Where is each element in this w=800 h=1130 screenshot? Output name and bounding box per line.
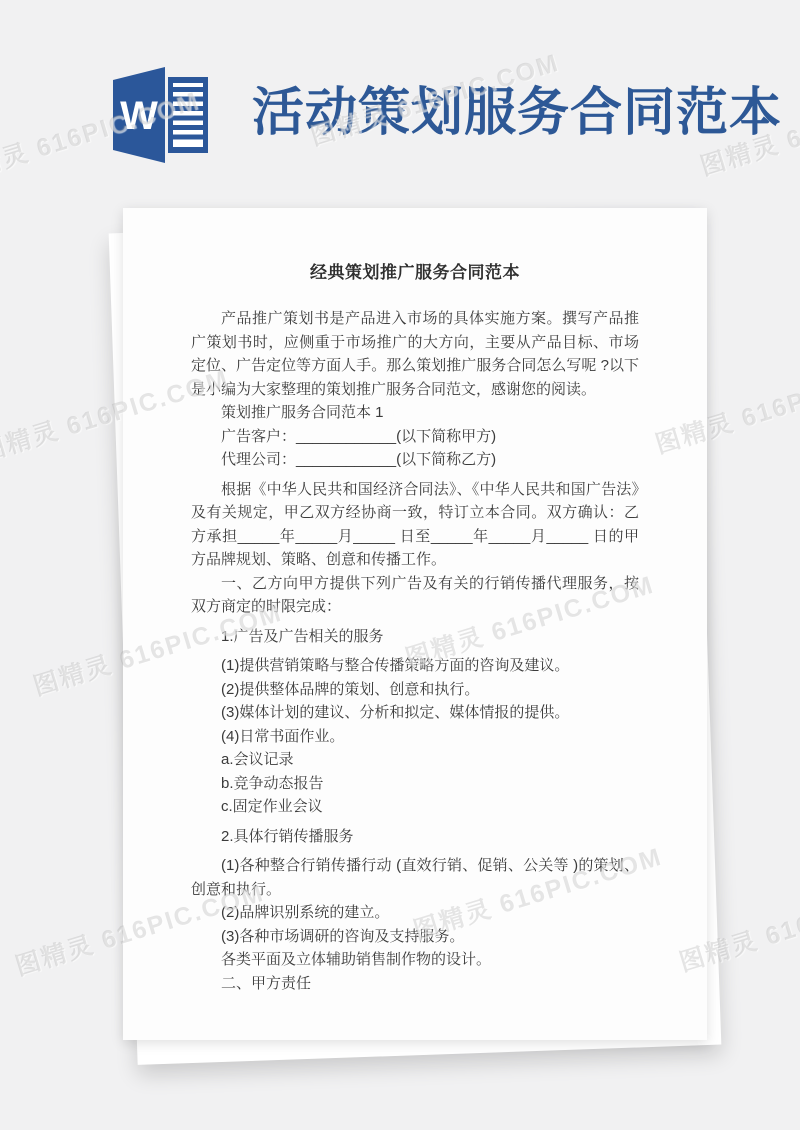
- page-title: 活动策划服务合同范本: [252, 88, 782, 140]
- doc-paragraph: 1.广告及广告相关的服务: [191, 625, 639, 649]
- doc-paragraph: (3)各种市场调研的咨询及支持服务。: [191, 925, 639, 949]
- doc-paragraph: 代理公司：____________(以下简称乙方): [191, 448, 639, 472]
- doc-paragraph: b.竞争动态报告: [191, 772, 639, 796]
- header: W 活动策划服务合同范本: [110, 56, 800, 172]
- doc-paragraph: (1)各种整合行销传播行动 (直效行销、促销、公关等 )的策划、创意和执行。: [191, 854, 639, 901]
- doc-paragraph: 二、甲方责任: [191, 972, 639, 996]
- stage: W 活动策划服务合同范本 经典策划推广服务合同范本 产品推广策划书是产品进入市场…: [0, 0, 800, 1130]
- document-page: 经典策划推广服务合同范本 产品推广策划书是产品进入市场的具体实施方案。撰写产品推…: [123, 208, 707, 1040]
- doc-paragraph: (2)提供整体品牌的策划、创意和执行。: [191, 678, 639, 702]
- doc-paragraph: 产品推广策划书是产品进入市场的具体实施方案。撰写产品推广策划书时，应侧重于市场推…: [191, 307, 639, 401]
- doc-paragraph: (4)日常书面作业。: [191, 725, 639, 749]
- doc-paragraph: 各类平面及立体辅助销售制作物的设计。: [191, 948, 639, 972]
- doc-paragraph: (3)媒体计划的建议、分析和拟定、媒体情报的提供。: [191, 701, 639, 725]
- doc-paragraph: c.固定作业会议: [191, 795, 639, 819]
- doc-title: 经典策划推广服务合同范本: [191, 258, 639, 283]
- word-icon-letter: W: [120, 94, 158, 138]
- doc-paragraph: 2.具体行销传播服务: [191, 825, 639, 849]
- doc-paragraph: (2)品牌识别系统的建立。: [191, 901, 639, 925]
- doc-paragraph: 根据《中华人民共和国经济合同法》、《中华人民共和国广告法》及有关规定，甲乙双方经…: [191, 478, 639, 572]
- doc-paragraph: 广告客户：____________(以下简称甲方): [191, 425, 639, 449]
- doc-paragraph: 一、乙方向甲方提供下列广告及有关的行销传播代理服务，按双方商定的时限完成：: [191, 572, 639, 619]
- doc-paragraph: a.会议记录: [191, 748, 639, 772]
- word-icon: W: [110, 59, 212, 169]
- doc-paragraph: 策划推广服务合同范本 1: [191, 401, 639, 425]
- doc-paragraph: (1)提供营销策略与整合传播策略方面的咨询及建议。: [191, 654, 639, 678]
